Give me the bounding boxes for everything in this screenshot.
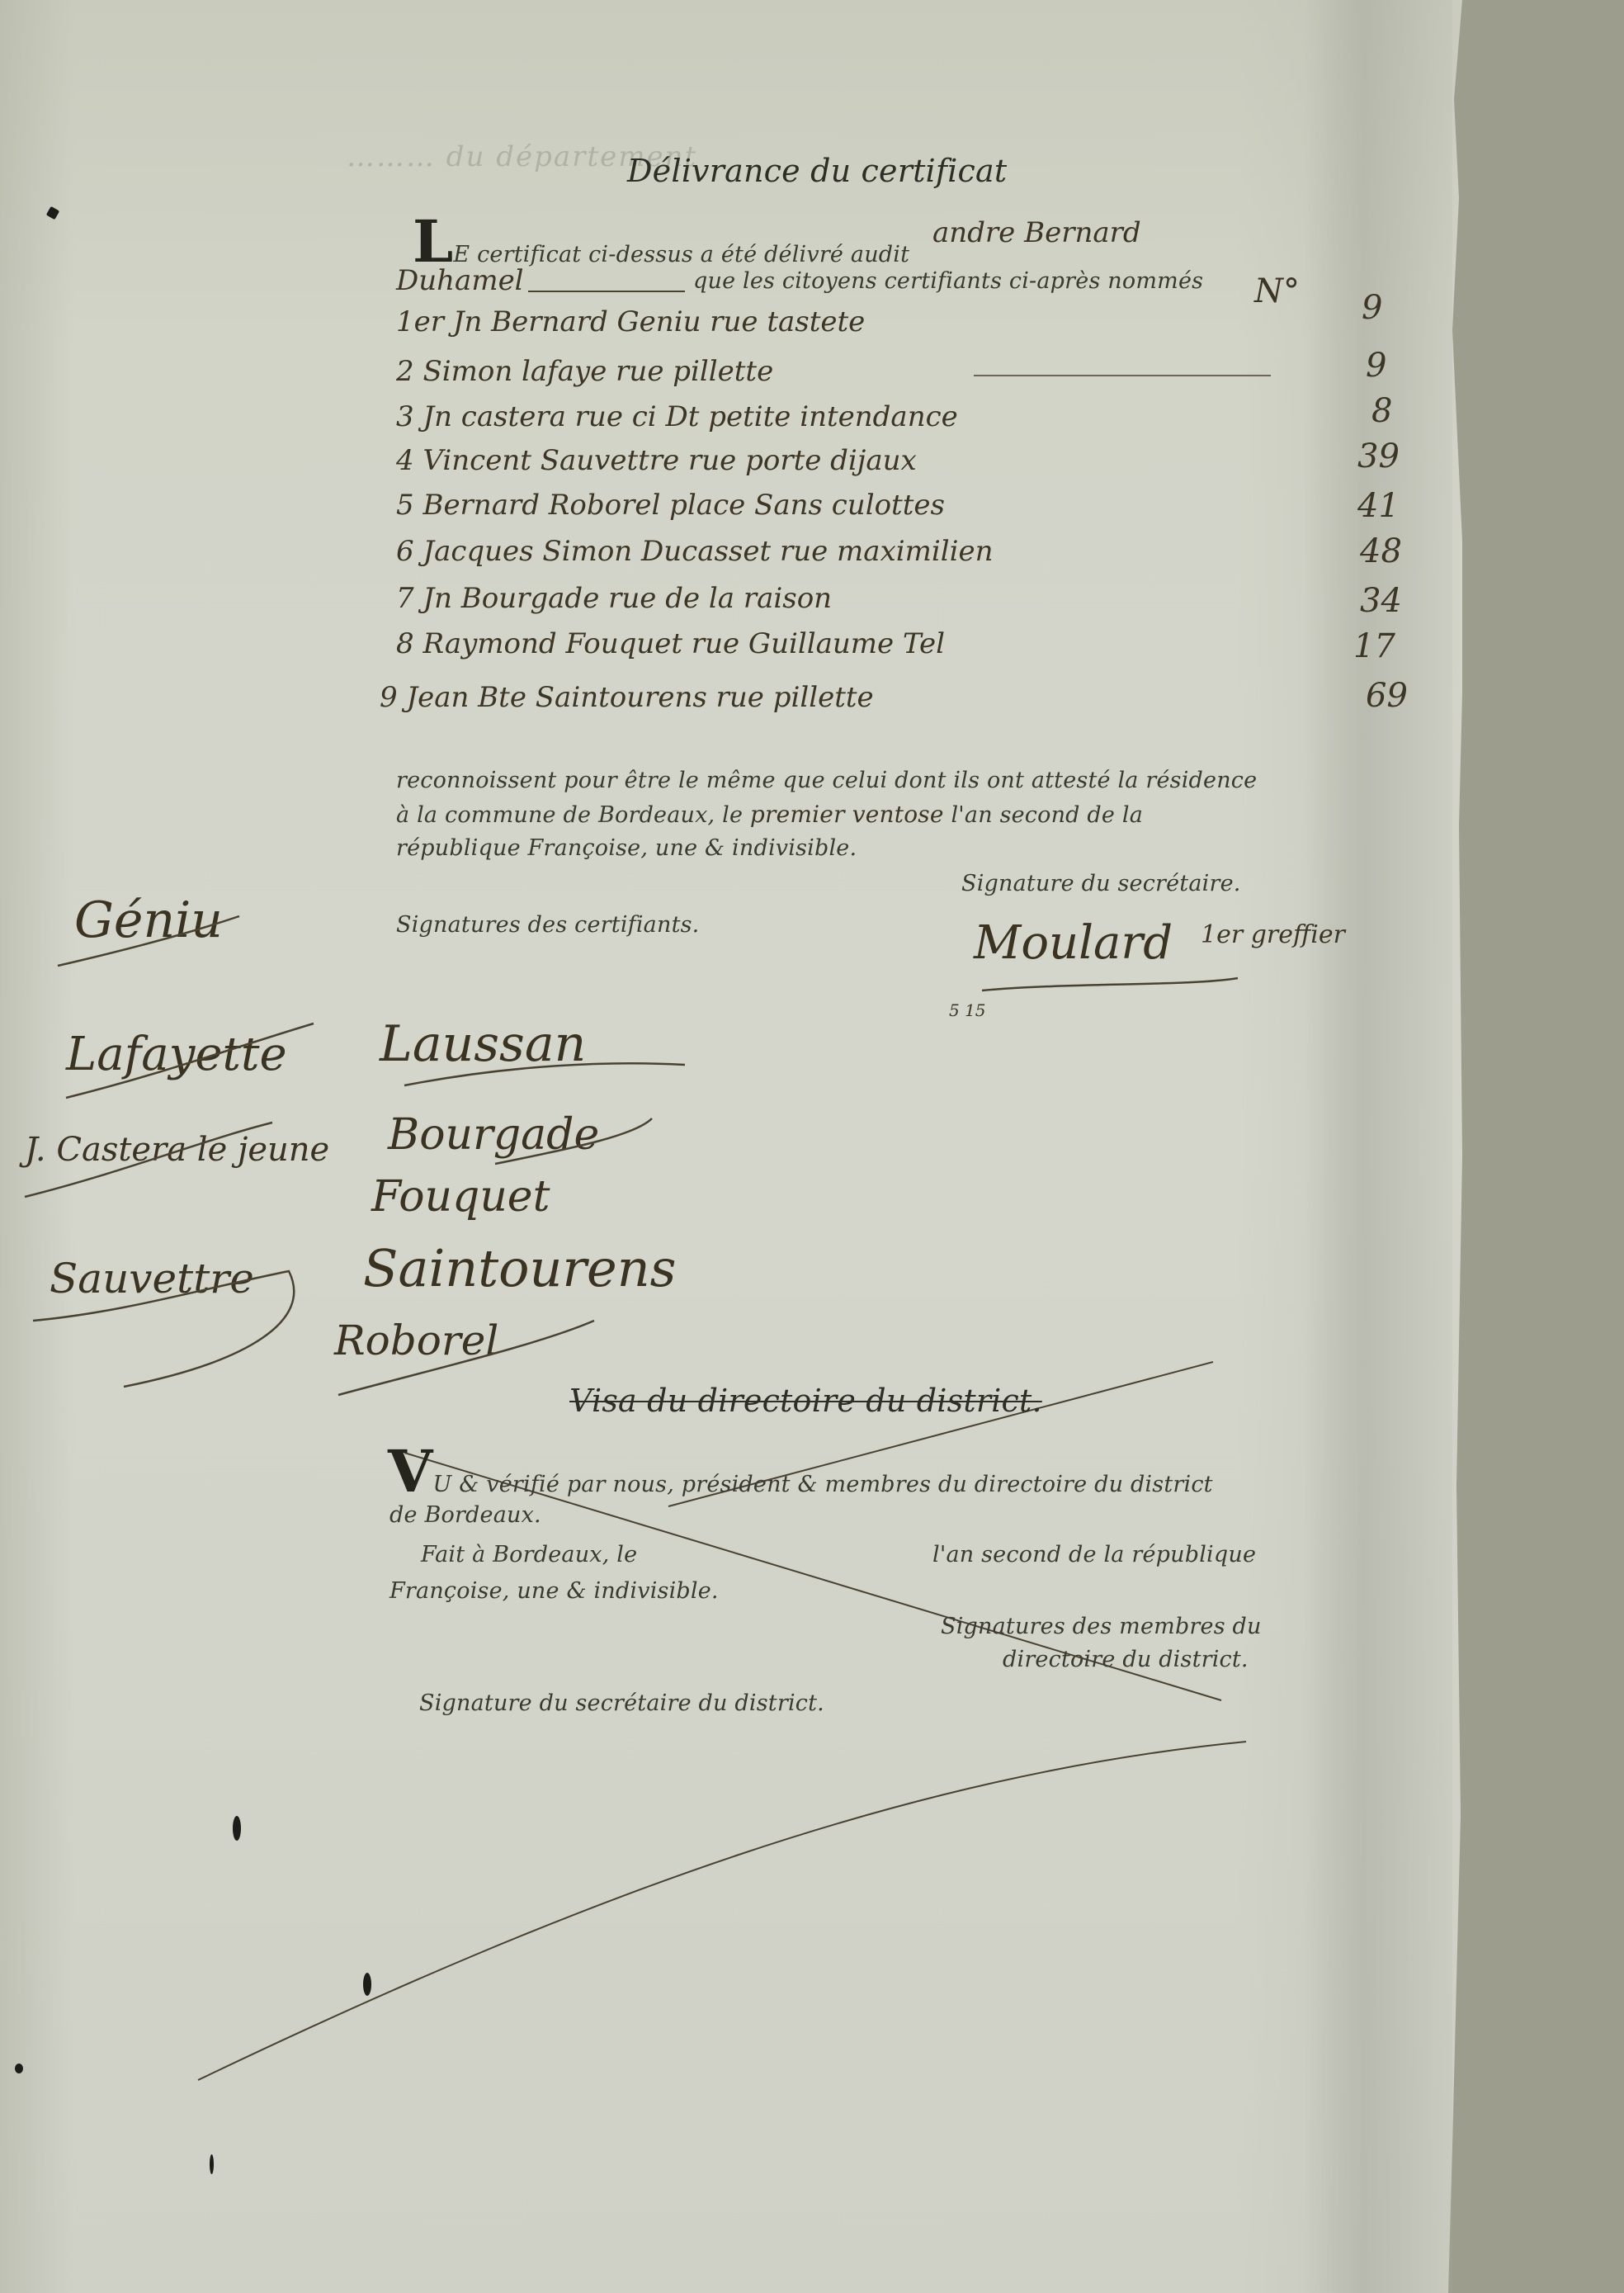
flourish-laussan [404, 1063, 685, 1085]
flourish-roborel [338, 1321, 594, 1395]
flourish-castera [25, 1123, 272, 1197]
visa-line-1: VU & vérifié par nous, président & membr… [388, 1443, 1213, 1501]
visa-members-label-1: Signatures des membres du [941, 1614, 1262, 1639]
flourish-bourgade [495, 1118, 652, 1164]
visa-line-2: de Bordeaux. [389, 1502, 541, 1528]
flourish-secretary [982, 978, 1238, 990]
flourish-lafayette [66, 1024, 314, 1098]
visa-members-label-2: directoire du district. [1003, 1647, 1249, 1672]
dropcap-V: V [388, 1437, 433, 1506]
long-diagonal-line [198, 1742, 1246, 2080]
visa-line-3a: Fait à Bordeaux, le [421, 1542, 637, 1567]
visa-title: Visa du directoire du district. [569, 1383, 1042, 1419]
flourish-sauvettre [33, 1271, 294, 1387]
visa-secretary-label: Signature du secrétaire du district. [419, 1690, 824, 1716]
visa-line-3b: l'an second de la république [932, 1542, 1256, 1567]
flourish-geniu [58, 916, 239, 966]
visa-line-4: Françoise, une & indivisible. [389, 1578, 719, 1604]
ink-strokes [0, 0, 1624, 2293]
